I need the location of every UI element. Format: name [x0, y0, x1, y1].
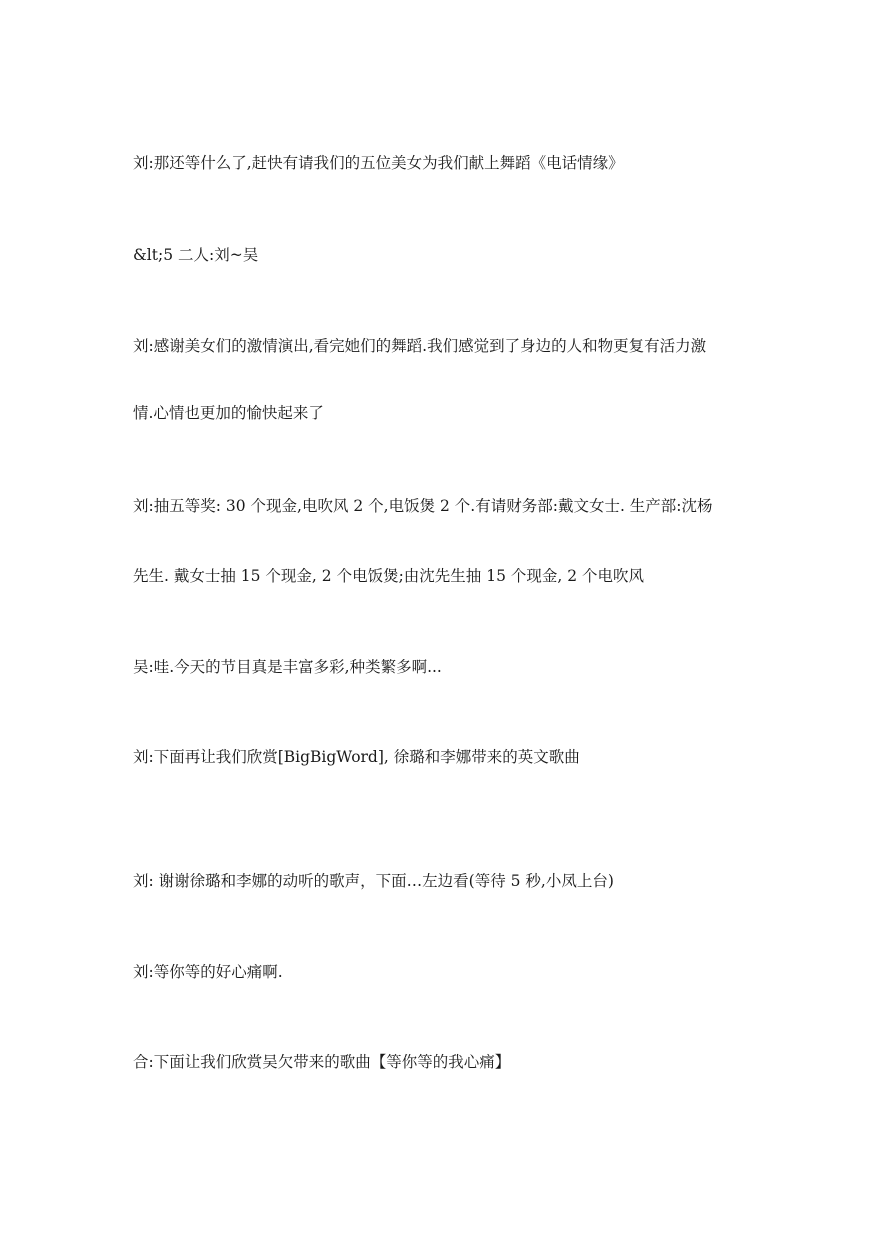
script-line-thanks-dancers-cont: 情.心情也更加的愉快起来了 [133, 403, 324, 423]
script-line-fifth-prize: 刘:抽五等奖: 30 个现金,电吹风 2 个,电饭煲 2 个.有请财务部:戴文女… [133, 496, 713, 516]
script-line-section-5: &lt;5 二人:刘~吴 [133, 245, 258, 265]
script-line-thanks-singers: 刘: 谢谢徐璐和李娜的动听的歌声，下面…左边看(等待 5 秒,小凤上台) [133, 871, 614, 891]
script-line-english-song: 刘:下面再让我们欣赏[BigBigWord], 徐璐和李娜带来的英文歌曲 [133, 747, 580, 767]
script-line-thanks-dancers: 刘:感谢美女们的激情演出,看完她们的舞蹈.我们感觉到了身边的人和物更复有活力激 [133, 336, 706, 356]
script-line-wu-comment: 吴:哇.今天的节目真是丰富多彩,种类繁多啊... [133, 657, 442, 677]
script-line-heartache: 刘:等你等的好心痛啊. [133, 962, 283, 982]
document-page: 刘:那还等什么了,赶快有请我们的五位美女为我们献上舞蹈《电话情缘》 &lt;5 … [0, 0, 884, 1250]
script-line-dance-intro: 刘:那还等什么了,赶快有请我们的五位美女为我们献上舞蹈《电话情缘》 [133, 153, 624, 173]
script-line-fifth-prize-cont: 先生. 戴女士抽 15 个现金, 2 个电饭煲;由沈先生抽 15 个现金, 2 … [133, 566, 644, 586]
script-line-song-intro: 合:下面让我们欣赏吴欠带来的歌曲【等你等的我心痛】 [133, 1052, 510, 1072]
